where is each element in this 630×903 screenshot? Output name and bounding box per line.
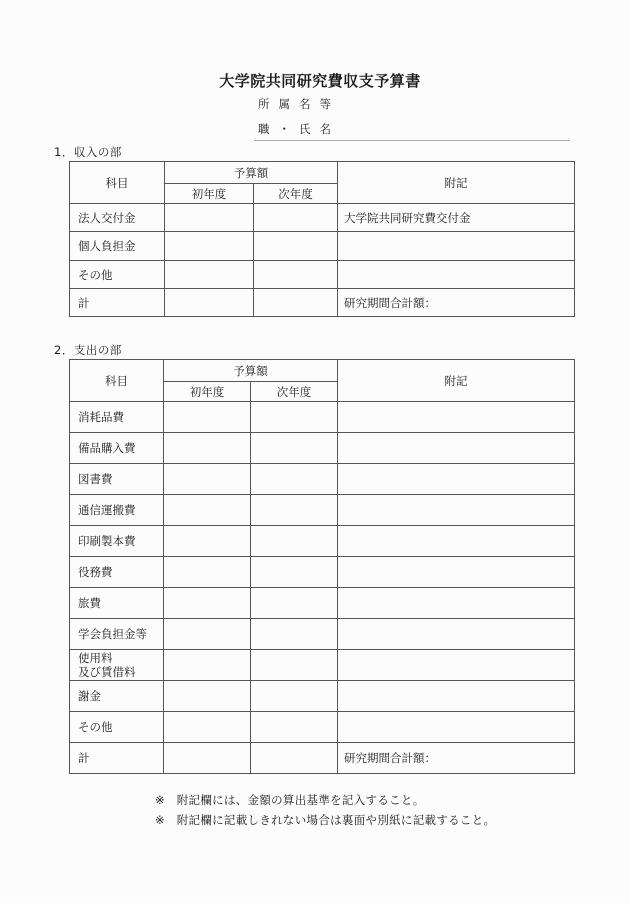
item-cell: 計 [70,289,165,317]
first-year-cell[interactable] [164,743,251,774]
table-row: 謝金 [70,681,575,712]
notes-cell[interactable] [338,557,575,588]
next-year-cell[interactable] [251,557,338,588]
notes-cell[interactable] [338,650,575,681]
item-cell: 学会負担金等 [70,619,164,650]
table-row: 使用料 及び賃借料 [70,650,575,681]
first-year-cell[interactable] [164,464,251,495]
notes-cell[interactable] [338,681,575,712]
table-row: 図書費 [70,464,575,495]
item-cell: 個人負担金 [70,232,165,261]
item-cell: 印刷製本費 [70,526,164,557]
expense-table: 科目 予算額 附記 初年度 次年度 消耗品費備品購入費図書費通信運搬費印刷製本費… [69,359,575,774]
next-year-cell[interactable] [251,681,338,712]
notes-cell[interactable] [338,495,575,526]
first-year-cell[interactable] [164,433,251,464]
table-row: 備品購入費 [70,433,575,464]
table-row: 個人負担金 [70,232,575,261]
first-year-cell[interactable] [164,526,251,557]
notes-cell[interactable] [338,526,575,557]
header-budget: 予算額 [165,162,338,184]
notes-cell[interactable] [338,619,575,650]
next-year-cell[interactable] [251,712,338,743]
footnote: ※ 附記欄に記載しきれない場合は裏面や別紙に記載すること。 [155,812,495,828]
next-year-cell[interactable] [254,261,338,289]
header-first-year: 初年度 [164,382,251,402]
header-item: 科目 [70,162,165,204]
notes-cell[interactable] [338,261,575,289]
notes-cell[interactable] [338,232,575,261]
table-row: 印刷製本費 [70,526,575,557]
first-year-cell[interactable] [164,557,251,588]
next-year-cell[interactable] [251,433,338,464]
income-table: 科目 予算額 附記 初年度 次年度 法人交付金 大学院共同研究費交付金 個人負担… [69,161,575,317]
next-year-cell[interactable] [251,402,338,433]
footnote: ※ 附記欄には、金額の算出基準を記入すること。 [155,792,425,808]
header-notes: 附記 [338,162,575,204]
item-cell: 謝金 [70,681,164,712]
next-year-cell[interactable] [251,495,338,526]
next-year-cell[interactable] [251,743,338,774]
notes-cell[interactable]: 研究期間合計額： [338,289,575,317]
next-year-cell[interactable] [254,289,338,317]
first-year-cell[interactable] [165,204,254,232]
first-year-cell[interactable] [165,232,254,261]
notes-cell[interactable]: 大学院共同研究費交付金 [338,204,575,232]
notes-cell[interactable] [338,433,575,464]
item-cell: その他 [70,261,165,289]
first-year-cell[interactable] [164,495,251,526]
first-year-cell[interactable] [164,650,251,681]
next-year-cell[interactable] [251,588,338,619]
item-cell: 消耗品費 [70,402,164,433]
header-next-year: 次年度 [251,382,338,402]
item-cell: 通信運搬費 [70,495,164,526]
header-notes: 附記 [338,360,575,402]
income-section-label: 1．収入の部 [54,144,122,160]
first-year-cell[interactable] [165,261,254,289]
table-row: 消耗品費 [70,402,575,433]
next-year-cell[interactable] [251,526,338,557]
document-title: 大学院共同研究費収支予算書 [0,70,630,91]
first-year-cell[interactable] [164,588,251,619]
header-first-year: 初年度 [165,184,254,204]
first-year-cell[interactable] [164,402,251,433]
first-year-cell[interactable] [164,712,251,743]
table-row: 法人交付金 大学院共同研究費交付金 [70,204,575,232]
first-year-cell[interactable] [165,289,254,317]
first-year-cell[interactable] [164,681,251,712]
table-row: その他 [70,261,575,289]
signature-line [254,140,570,141]
table-row: 通信運搬費 [70,495,575,526]
item-cell: その他 [70,712,164,743]
header-budget: 予算額 [164,360,338,382]
table-row: 学会負担金等 [70,619,575,650]
item-cell: 法人交付金 [70,204,165,232]
table-row-total: 計 研究期間合計額： [70,289,575,317]
next-year-cell[interactable] [251,464,338,495]
item-cell: 備品購入費 [70,433,164,464]
first-year-cell[interactable] [164,619,251,650]
item-cell: 使用料 及び賃借料 [70,650,164,681]
item-cell: 図書費 [70,464,164,495]
table-row-total: 計研究期間合計額： [70,743,575,774]
notes-cell[interactable] [338,402,575,433]
notes-cell[interactable] [338,588,575,619]
name-label: 職・氏名 [258,121,340,137]
notes-cell[interactable] [338,464,575,495]
header-item: 科目 [70,360,164,402]
table-row: その他 [70,712,575,743]
notes-cell[interactable]: 研究期間合計額： [338,743,575,774]
notes-cell[interactable] [338,712,575,743]
next-year-cell[interactable] [254,232,338,261]
expense-section-label: 2．支出の部 [54,342,122,358]
item-cell: 役務費 [70,557,164,588]
header-next-year: 次年度 [254,184,338,204]
table-row: 旅費 [70,588,575,619]
table-row: 役務費 [70,557,575,588]
next-year-cell[interactable] [251,650,338,681]
item-cell: 計 [70,743,164,774]
next-year-cell[interactable] [254,204,338,232]
item-cell: 旅費 [70,588,164,619]
affiliation-label: 所属名等 [258,96,340,112]
next-year-cell[interactable] [251,619,338,650]
